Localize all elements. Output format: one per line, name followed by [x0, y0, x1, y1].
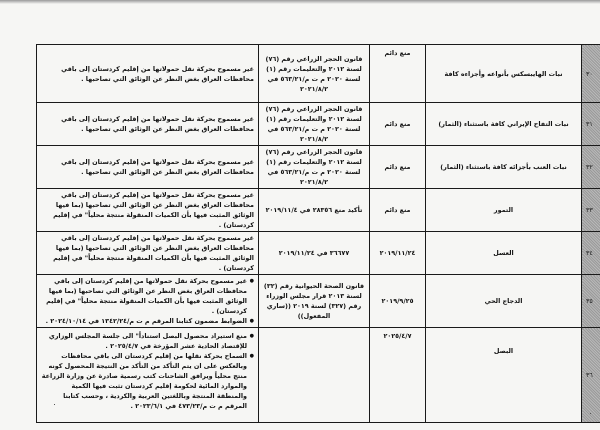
item-name: نبات التفاح الإيراني كافة باستثناء (الثم…: [426, 103, 582, 146]
item-name: نبات الهايبسكس بأنواعه وأجزاءه كافة: [426, 45, 582, 103]
table-row: ٣١ نبات التفاح الإيراني كافة باستثناء (ا…: [37, 103, 600, 146]
table-row: ٣٤ العسل ٢٠١٩/١١/٢٤ ٣٦٦٧٧ في ٢٠١٩/١١/٢٤ …: [37, 232, 600, 275]
table-row: ٣٠ نبات الهايبسكس بأنواعه وأجزاءه كافة م…: [37, 45, 600, 103]
note-item: غير مسموح بحركة نقل حمولاتها من إقليم كر…: [41, 276, 254, 316]
table-row: ٣٥ الدجاج الحي ٢٠١٩/٩/٢٥ قانون الصحة الح…: [37, 275, 600, 328]
ban-date: ٢٠٢٥/٤/٧: [370, 328, 426, 423]
row-number: ٣٠: [582, 45, 600, 103]
item-name: البصل: [426, 328, 582, 423]
legal-basis: قانون الحجر الزراعي رقم (٧٦) لسنة ٢٠١٢ و…: [259, 103, 370, 146]
row-number: ٣٣: [582, 189, 600, 232]
note-item: منع استيراد محصول البصل استناداً" الى جل…: [41, 331, 254, 351]
notes-list: منع استيراد محصول البصل استناداً" الى جل…: [41, 331, 254, 411]
ban-date: ٢٠١٩/٩/٢٥: [370, 275, 426, 328]
ban-status: منع دائم: [370, 45, 426, 103]
notes-cell: غير مسموح بحركة نقل حمولاتها من إقليم كر…: [37, 232, 259, 275]
legal-basis: [259, 328, 370, 423]
row-number: ٣٢: [582, 146, 600, 189]
ban-status: منع دائم: [370, 146, 426, 189]
note-item: السماح بحركة نقلها من إقليم كردستان الى …: [41, 351, 254, 411]
row-number: ٣٤: [582, 232, 600, 275]
table-row: ٣٣ التمور منع دائم تأكيد منع ٢٨٣٥٦ في ٢٠…: [37, 189, 600, 232]
legal-basis: قانون الحجر الزراعي رقم (٧٦) لسنة ٢٠١٢ و…: [259, 45, 370, 103]
notes-cell: غير مسموح بحركة نقل حمولاتها من إقليم كر…: [37, 45, 259, 103]
note-text: غير مسموح بحركة نقل حمولاتها من إقليم كر…: [41, 157, 254, 177]
legal-basis: قانون الصحة الحيوانية رقم (٣٢) لسنة ٢٠١٣…: [259, 275, 370, 328]
legal-basis: قانون الحجر الزراعي رقم (٧٦) لسنة ٢٠١٢ و…: [259, 146, 370, 189]
notes-cell: غير مسموح بحركة نقل حمولاتها من إقليم كر…: [37, 146, 259, 189]
notes-cell: غير مسموح بحركة نقل حمولاتها من إقليم كر…: [37, 103, 259, 146]
note-text: غير مسموح بحركة نقل حمولاتها من إقليم كر…: [41, 233, 254, 273]
scan-speck: [590, 413, 591, 414]
item-name: العسل: [426, 232, 582, 275]
ban-status: منع دائم: [370, 103, 426, 146]
restrictions-table: ٣٠ نبات الهايبسكس بأنواعه وأجزاءه كافة م…: [36, 44, 600, 423]
notes-cell: منع استيراد محصول البصل استناداً" الى جل…: [37, 328, 259, 423]
table-row: ٣٢ نبات العنب بأجزائه كافة باستثناء (الث…: [37, 146, 600, 189]
ban-status: منع دائم: [370, 189, 426, 232]
row-number: ٣١: [582, 103, 600, 146]
scan-speck: [54, 404, 55, 405]
legal-basis: ٣٦٦٧٧ في ٢٠١٩/١١/٢٤: [259, 232, 370, 275]
item-name: نبات العنب بأجزائه كافة باستثناء (الثمار…: [426, 146, 582, 189]
notes-cell: غير مسموح بحركة نقل حمولاتها من إقليم كر…: [37, 275, 259, 328]
legal-basis: تأكيد منع ٢٨٣٥٦ في ٢٠١٩/١١/٤: [259, 189, 370, 232]
row-number: ٣٥: [582, 275, 600, 328]
note-item: الضوابط مضمون كتابنا المرقم م ت م/١٣٤٢/٢…: [41, 316, 254, 326]
page-top-shadow: [0, 0, 600, 4]
item-name: الدجاج الحي: [426, 275, 582, 328]
note-text: غير مسموح بحركة نقل حمولاتها من إقليم كر…: [41, 114, 254, 134]
note-text: غير مسموح بحركة نقل حمولاتها من إقليم كر…: [41, 190, 254, 230]
item-name: التمور: [426, 189, 582, 232]
table-row: ٣٦ البصل ٢٠٢٥/٤/٧ منع استيراد محصول البص…: [37, 328, 600, 423]
notes-list: غير مسموح بحركة نقل حمولاتها من إقليم كر…: [41, 276, 254, 326]
notes-cell: غير مسموح بحركة نقل حمولاتها من إقليم كر…: [37, 189, 259, 232]
row-number: ٣٦: [582, 328, 600, 423]
note-text: غير مسموح بحركة نقل حمولاتها من إقليم كر…: [41, 64, 254, 84]
ban-date: ٢٠١٩/١١/٢٤: [370, 232, 426, 275]
